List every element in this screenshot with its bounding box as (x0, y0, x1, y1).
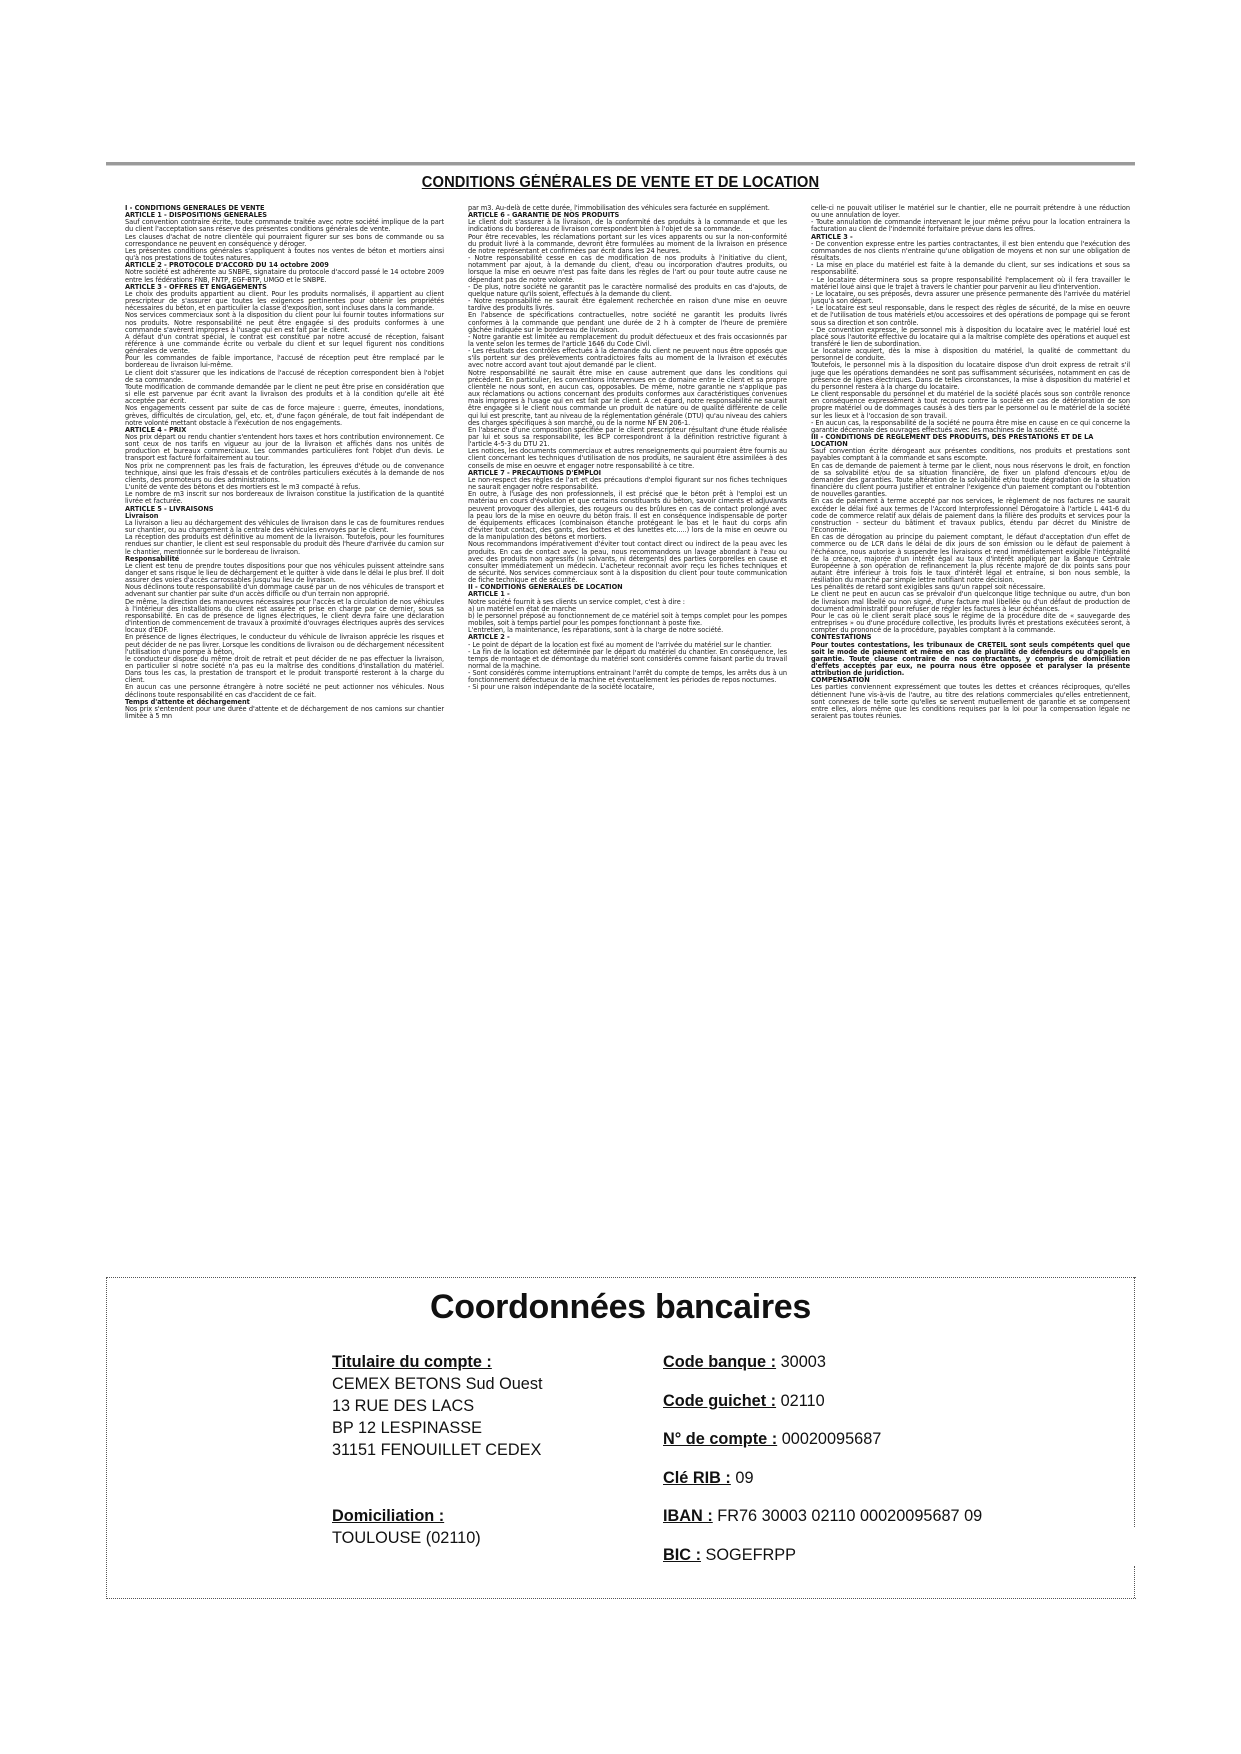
paragraph: Nos services commerciaux sont à la dispo… (125, 312, 444, 333)
paragraph: Notre société est adhérente au SNBPE, si… (125, 269, 444, 283)
paragraph: - Le locataire est seul responsable, dan… (811, 305, 1130, 326)
holder-name: CEMEX BETONS Sud Ouest (332, 1373, 632, 1395)
paragraph: Nos prix départ ou rendu chantier s'ente… (125, 434, 444, 463)
paragraph: Le choix des produits appartient au clie… (125, 291, 444, 312)
paragraph: Nos engagements cessent par suite de cas… (125, 405, 444, 426)
bank-code-row: Code banque : 30003 (663, 1351, 1113, 1390)
paragraph: - Le locataire déterminera sous sa propr… (811, 277, 1130, 291)
paragraph: - Notre garantie est limitée au remplace… (468, 334, 787, 348)
paragraph: Pour les commandes de faible importance,… (125, 355, 444, 369)
paragraph: En outre, à l'usage des non professionne… (468, 491, 787, 541)
paragraph: Pour le cas où le client serait placé so… (811, 613, 1130, 634)
branch-code-label: Code guichet : (663, 1392, 776, 1410)
account-number-row: N° de compte : 00020095687 (663, 1428, 1113, 1467)
account-holder-label: Titulaire du compte : (332, 1353, 492, 1371)
paragraph: En présence de lignes électriques, le co… (125, 634, 444, 655)
bank-details-title: Coordonnées bancaires (0, 1288, 1241, 1327)
paragraph: Notre responsabilité ne saurait être mis… (468, 370, 787, 427)
paragraph: Le client ne peut en aucun cas se préval… (811, 591, 1130, 612)
paragraph: La réception des produits est définitive… (125, 534, 444, 555)
holder-city: 31151 FENOUILLET CEDEX (332, 1439, 632, 1461)
terms-column-1: I - CONDITIONS GENERALES DE VENTEARTICLE… (125, 205, 444, 720)
section-heading: II - CONDITIONS GENERALES DE LOCATION (468, 584, 787, 591)
rib-key-label: Clé RIB : (663, 1469, 731, 1487)
paragraph: - De plus, notre société ne garantit pas… (468, 284, 787, 298)
paragraph: L'entretien, la maintenance, les réparat… (468, 627, 787, 634)
paragraph: En l'absence de spécifications contractu… (468, 312, 787, 333)
paragraph: b) le personnel préposé au fonctionnemen… (468, 613, 787, 627)
paragraph: Nos prix s'entendent pour une durée d'at… (125, 706, 444, 720)
paragraph: - La mise en place du matériel est faite… (811, 262, 1130, 276)
rib-key-value: 09 (735, 1469, 753, 1487)
paragraph: Sauf convention contraire écrite, toute … (125, 219, 444, 233)
section-heading: ARTICLE 5 - LIVRAISONS (125, 506, 444, 513)
paragraph: Les notices, les documents commerciaux e… (468, 448, 787, 469)
paragraph: - Si pour une raison indépendante de la … (468, 684, 787, 691)
paragraph: En l'absence d'une composition spécifiée… (468, 427, 787, 448)
paragraph: - La fin de la location est déterminée p… (468, 649, 787, 670)
paragraph: Toutefois, le personnel mis à la disposi… (811, 362, 1130, 391)
domiciliation-label: Domiciliation : (332, 1507, 444, 1525)
top-horizontal-rule (106, 162, 1135, 166)
bank-code-label: Code banque : (663, 1353, 776, 1371)
paragraph: Le client doit s'assurer que les indicat… (125, 370, 444, 384)
paragraph: De même, la direction des manoeuvres néc… (125, 599, 444, 635)
holder-po-box: BP 12 LESPINASSE (332, 1417, 632, 1439)
paragraph: le conducteur dispose du même droit de r… (125, 656, 444, 685)
terms-columns: I - CONDITIONS GENERALES DE VENTEARTICLE… (125, 205, 1130, 720)
branch-code-value: 02110 (781, 1392, 825, 1410)
rib-key-row: Clé RIB : 09 (663, 1467, 1113, 1506)
paragraph: Les présentes conditions générales s'app… (125, 248, 444, 262)
account-number-value: 00020095687 (782, 1430, 882, 1448)
paragraph: Pour être recevables, les réclamations p… (468, 234, 787, 255)
bic-value: SOGEFRPP (706, 1546, 796, 1564)
terms-column-2: par m3. Au-delà de cette durée, l'immobi… (468, 205, 787, 720)
paragraph: En cas de paiement à terme accepté par n… (811, 498, 1130, 534)
branch-code-row: Code guichet : 02110 (663, 1390, 1113, 1429)
paragraph: - Sont considérés comme interruptions en… (468, 670, 787, 684)
paragraph: Le client est tenu de prendre toutes dis… (125, 563, 444, 584)
paragraph: - Toute annulation de commande intervena… (811, 219, 1130, 233)
paragraph: Pour toutes contestations, les tribunaux… (811, 642, 1130, 678)
bic-label: BIC : (663, 1546, 701, 1564)
document-title: CONDITIONS GÉNÉRALES DE VENTE ET DE LOCA… (31, 174, 1210, 192)
holder-street: 13 RUE DES LACS (332, 1395, 632, 1417)
paragraph: Sauf convention écrite dérogeant aux pré… (811, 448, 1130, 462)
paragraph: - Notre responsabilité cesse en cas de m… (468, 255, 787, 284)
account-number-label: N° de compte : (663, 1430, 777, 1448)
bank-code-value: 30003 (781, 1353, 826, 1371)
iban-label: IBAN : (663, 1507, 713, 1525)
paragraph: Le locataire acquiert, dès la mise à dis… (811, 348, 1130, 362)
paragraph: - De convention expresse, le personnel m… (811, 327, 1130, 348)
section-heading: III - CONDITIONS DE REGLEMENT DES PRODUI… (811, 434, 1130, 448)
bank-codes-block: Code banque : 30003 Code guichet : 02110… (663, 1351, 1113, 1582)
paragraph: En aucun cas une personne étrangère à no… (125, 684, 444, 698)
paragraph: - Le locataire, ou ses préposés, devra a… (811, 291, 1130, 305)
paragraph: Le nombre de m3 inscrit sur nos borderea… (125, 491, 444, 505)
paragraph: - De convention expresse entre les parti… (811, 241, 1130, 262)
paragraph: En cas de dérogation au principe du paie… (811, 534, 1130, 584)
paragraph: Nos prix ne comprennent pas les frais de… (125, 463, 444, 484)
paragraph: A défaut d'un contrat spécial, le contra… (125, 334, 444, 355)
paragraph: - En aucun cas, la responsabilité de la … (811, 420, 1130, 434)
paragraph: La livraison a lieu au déchargement des … (125, 520, 444, 534)
paragraph: Les parties conviennent expressément que… (811, 684, 1130, 720)
paragraph: Le client doit s'assurer à la livraison,… (468, 219, 787, 233)
paragraph: - Notre responsabilité ne saurait être é… (468, 298, 787, 312)
paragraph: Nous déclinons toute responsabilité d'un… (125, 584, 444, 598)
terms-column-3: celle-ci ne pouvait utiliser le matériel… (811, 205, 1130, 720)
domiciliation-value: TOULOUSE (02110) (332, 1527, 632, 1549)
paragraph: Nous recommandons impérativement d'évite… (468, 541, 787, 584)
paragraph: En cas de demande de paiement à terme pa… (811, 463, 1130, 499)
paragraph: - Les résultats des contrôles effectués … (468, 348, 787, 369)
paragraph: celle-ci ne pouvait utiliser le matériel… (811, 205, 1130, 219)
paragraph: Le client responsable du personnel et du… (811, 391, 1130, 420)
paragraph: Les clauses d'achat de notre clientèle q… (125, 234, 444, 248)
paragraph: Toute modification de commande demandée … (125, 384, 444, 405)
iban-value: FR76 30003 02110 00020095687 09 (717, 1507, 982, 1525)
paragraph: Le non-respect des règles de l'art et de… (468, 477, 787, 491)
account-holder-block: Titulaire du compte : CEMEX BETONS Sud O… (332, 1351, 632, 1549)
bic-row: BIC : SOGEFRPP (663, 1544, 1113, 1583)
iban-row: IBAN : FR76 30003 02110 00020095687 09 (663, 1505, 1113, 1544)
bank-box-right-border-lower (1134, 1566, 1135, 1598)
